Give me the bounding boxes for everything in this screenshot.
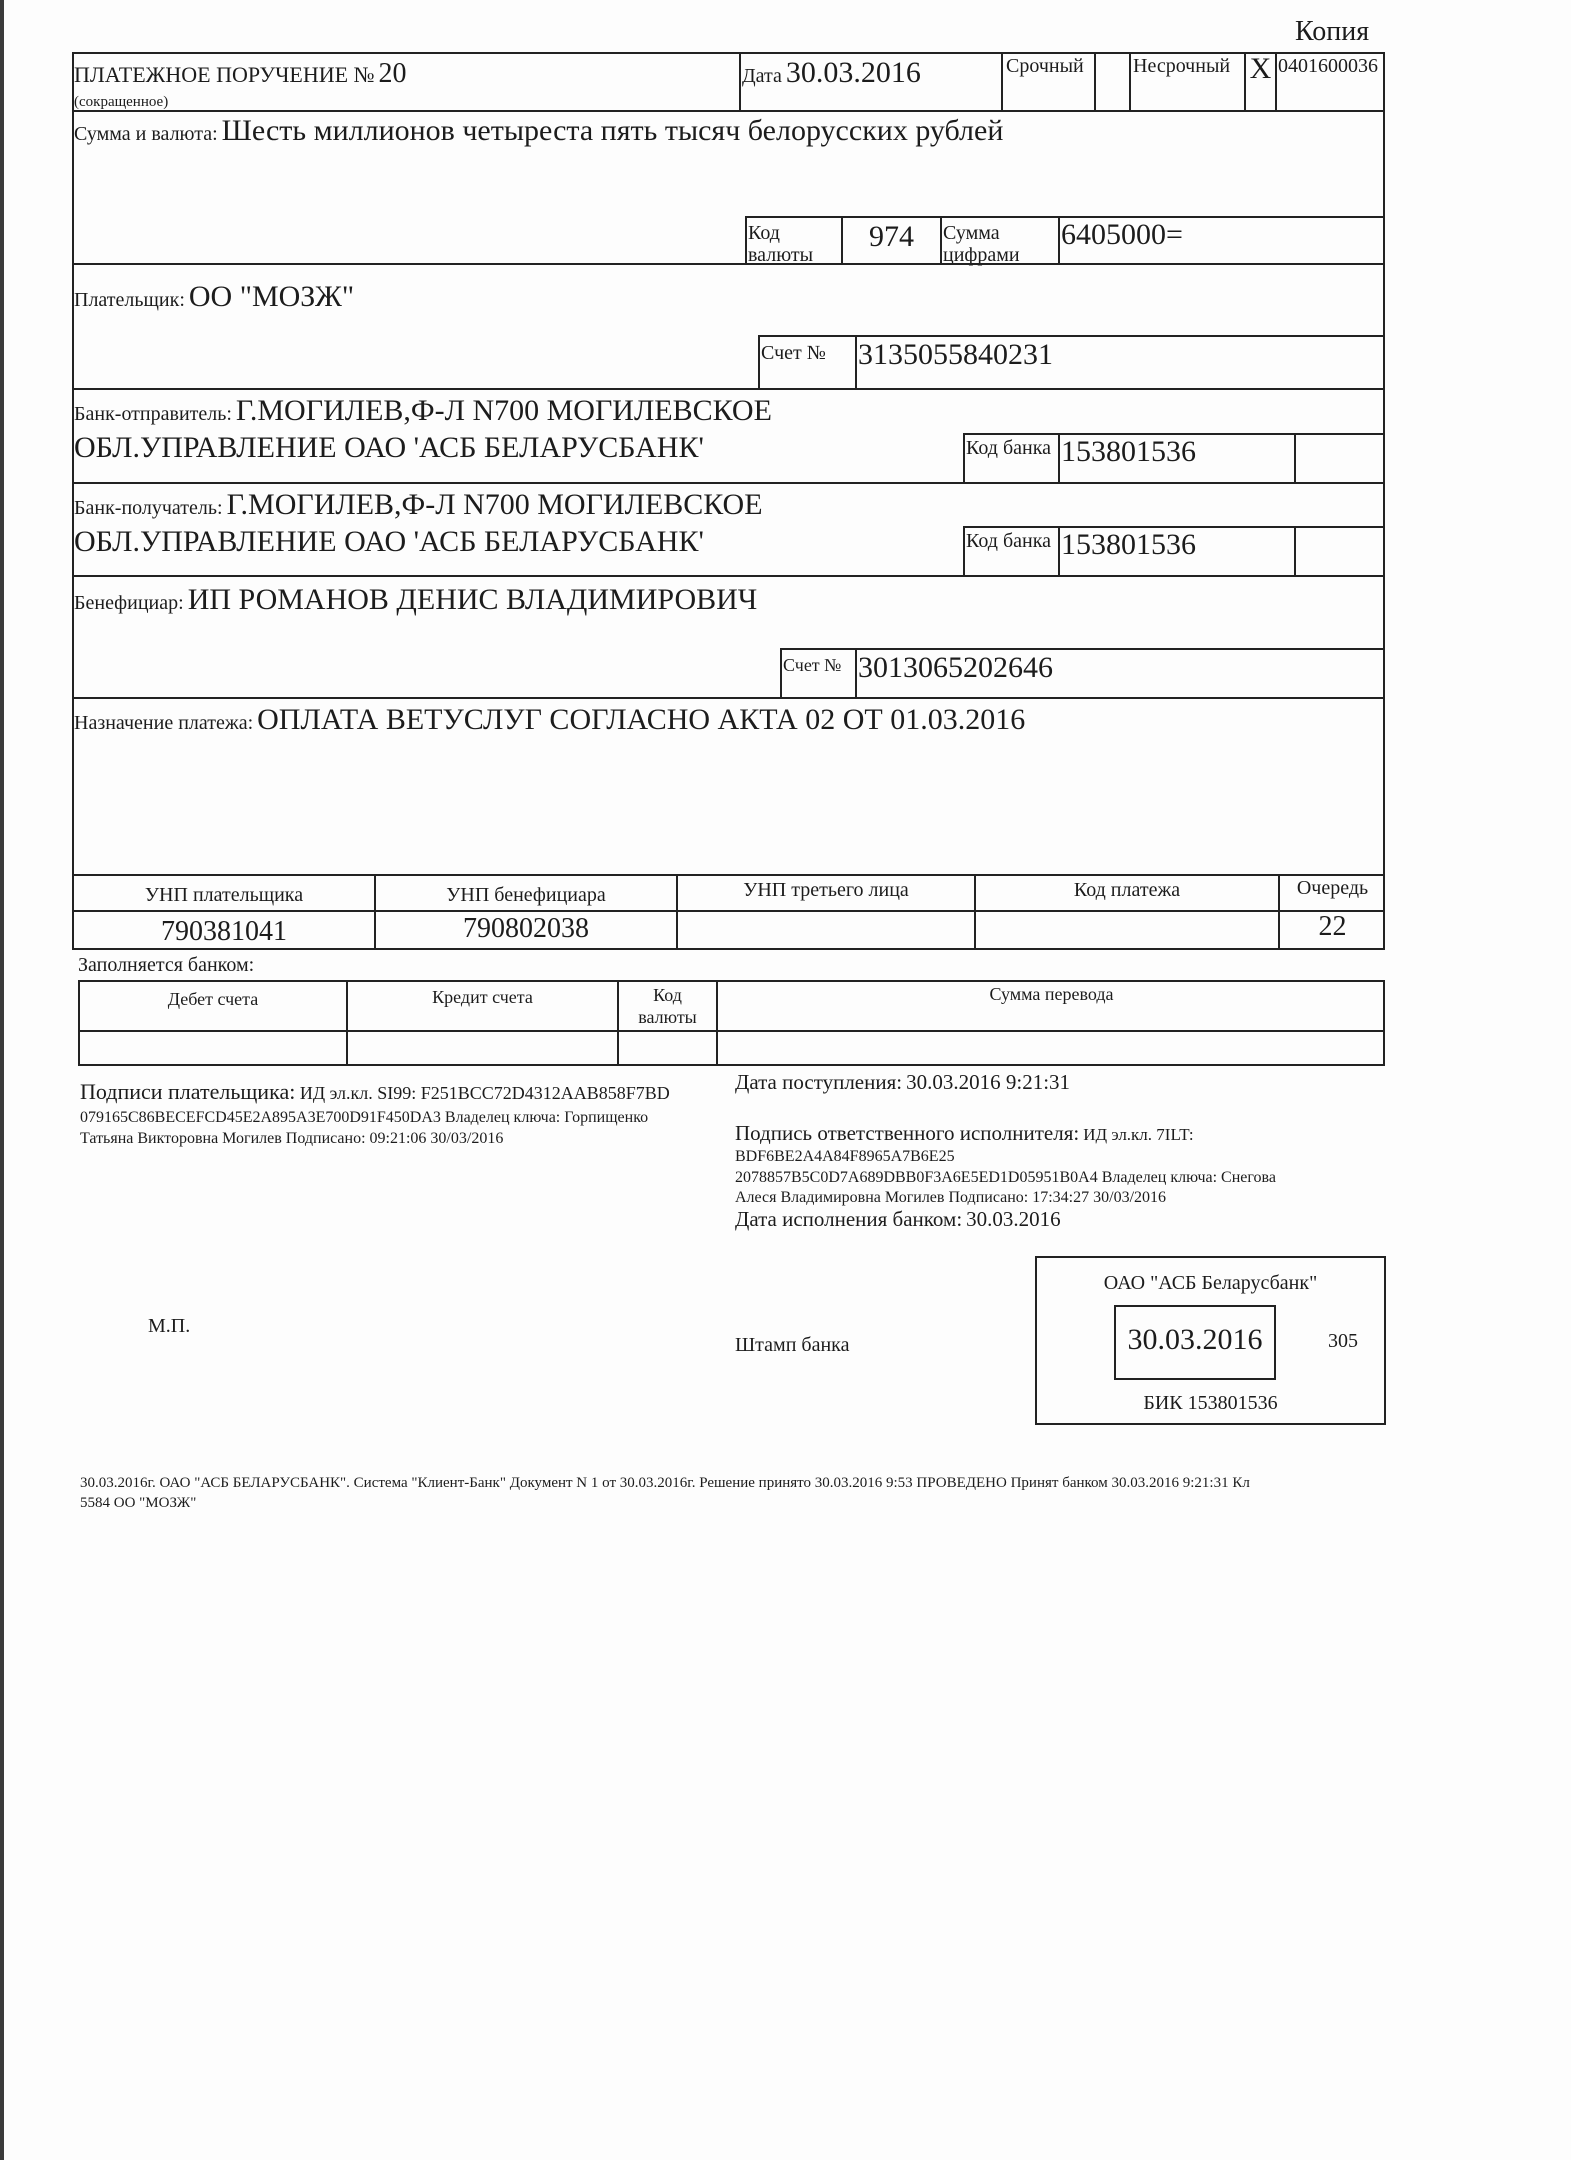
payer-signature-block: Подписи плательщика: ИД эл.кл. SI99: F25… [80,1077,720,1150]
executed-date-value: 30.03.2016 [966,1207,1061,1231]
payer-signature-line1: ИД эл.кл. SI99: F251BCC72D4312AAB858F7BD [300,1083,670,1103]
beneficiary-account-label: Счет № [783,656,841,674]
bank-header-credit: Кредит счета [348,988,617,1006]
executor-signature-line2: BDF6BE2A4A84F8965A7B6E25 [735,1147,1385,1168]
copy-label: Копия [1295,18,1369,46]
bank-header-transfer-amount: Сумма перевода [718,985,1385,1003]
payer-name: ОО "МОЗЖ" [189,280,354,313]
currency-code-label-line1: Код [748,222,813,244]
payer-field: Плательщик: ОО "МОЗЖ" [74,282,354,312]
payer-signature-line2: 079165C86BECEFCD45E2A895A3E700D91F450DA3… [80,1107,720,1129]
seal-place-label: М.П. [148,1316,190,1336]
ids-header-beneficiary-unp: УНП бенефициара [376,885,676,905]
bank-header-currency-code-line2: валюты [619,1007,716,1029]
stamp-number: 305 [1328,1331,1358,1351]
receiver-bank-field: Банк-получатель: Г.МОГИЛЕВ,Ф-Л N700 МОГИ… [74,490,763,520]
sender-bank-line2: ОБЛ.УПРАВЛЕНИЕ ОАО 'АСБ БЕЛАРУСБАНК' [74,433,704,463]
executor-signature-line3: 2078857B5C0D7A689DBB0F3A6E5ED1D05951B0A4… [735,1168,1385,1189]
urgent-label: Срочный [1006,56,1084,76]
received-date-field: Дата поступления: 30.03.2016 9:21:31 [735,1072,1070,1094]
payer-unp: 790381041 [74,918,374,946]
ids-header-queue: Очередь [1280,878,1385,898]
ids-header-payment-code: Код платежа [976,880,1278,900]
currency-code-label: Код валюты [748,222,813,266]
executor-signature-line1: ИД эл.кл. 7ILT: [1083,1125,1193,1144]
date-label: Дата [742,65,782,87]
currency-code: 974 [843,222,940,252]
bank-stamp-label: Штамп банка [735,1335,849,1355]
payer-account-label: Счет № [761,343,826,363]
sender-bank-field: Банк-отправитель: Г.МОГИЛЕВ,Ф-Л N700 МОГ… [74,396,772,426]
received-date-label: Дата поступления: [735,1070,902,1094]
bank-header-currency-code: Код валюты [619,985,716,1028]
system-footer: 30.03.2016г. ОАО "АСБ БЕЛАРУСБАНК". Сист… [80,1474,1520,1513]
date-value: 30.03.2016 [786,56,921,89]
amount-words-field: Сумма и валюта: Шесть миллионов четырест… [74,116,1003,146]
sender-bank-code-label: Код банка [966,438,1051,458]
beneficiary-field: Бенефициар: ИП РОМАНОВ ДЕНИС ВЛАДИМИРОВИ… [74,585,757,615]
sender-bank-label: Банк-отправитель: [74,403,232,425]
receiver-bank-code-label: Код банка [966,531,1051,551]
receiver-bank-code: 153801536 [1061,530,1196,560]
bank-section-label: Заполняется банком: [78,955,254,975]
amount-digits: 6405000= [1061,220,1183,250]
executor-signature-label: Подпись ответственного исполнителя: [735,1121,1079,1145]
executed-date-label: Дата исполнения банком: [735,1207,962,1231]
nonurgent-label: Несрочный [1133,56,1230,76]
beneficiary-account: 3013065202646 [858,653,1053,683]
beneficiary-unp: 790802038 [376,915,676,943]
scan-edge [0,0,4,2160]
receiver-bank-line1: Г.МОГИЛЕВ,Ф-Л N700 МОГИЛЕВСКОЕ [227,488,763,521]
sender-bank-code: 153801536 [1061,437,1196,467]
form-code: 0401600036 [1278,56,1378,76]
beneficiary-label: Бенефициар: [74,592,184,614]
document-number: 20 [379,58,407,89]
date-field: Дата 30.03.2016 [742,58,921,88]
bank-header-debit: Дебет счета [80,990,346,1008]
amount-label: Сумма и валюта: [74,123,218,145]
payer-signature-line3: Татьяна Викторовна Могилев Подписано: 09… [80,1128,720,1150]
system-footer-line2: 5584 ОО "МОЗЖ" [80,1494,1520,1514]
ids-header-third-party-unp: УНП третьего лица [678,880,974,900]
executor-signature-block: Подпись ответственного исполнителя: ИД э… [735,1123,1385,1233]
payer-label: Плательщик: [74,289,185,311]
stamp-bank-name: ОАО "АСБ Беларусбанк" [1035,1273,1386,1293]
ids-header-payer-unp: УНП плательщика [74,885,374,905]
purpose-label: Назначение платежа: [74,712,253,734]
sender-bank-line1: Г.МОГИЛЕВ,Ф-Л N700 МОГИЛЕВСКОЕ [236,394,772,427]
beneficiary-name: ИП РОМАНОВ ДЕНИС ВЛАДИМИРОВИЧ [188,583,758,616]
executor-signature-line4: Алеся Владимировна Могилев Подписано: 17… [735,1188,1385,1209]
bank-header-currency-code-line1: Код [619,985,716,1007]
amount-digits-label-line1: Сумма [943,222,1020,244]
purpose-field: Назначение платежа: ОПЛАТА ВЕТУСЛУГ СОГЛ… [74,705,1025,735]
receiver-bank-line2: ОБЛ.УПРАВЛЕНИЕ ОАО 'АСБ БЕЛАРУСБАНК' [74,527,704,557]
purpose-text: ОПЛАТА ВЕТУСЛУГ СОГЛАСНО АКТА 02 ОТ 01.0… [257,703,1025,736]
stamp-bik: БИК 153801536 [1035,1393,1386,1413]
receiver-bank-label: Банк-получатель: [74,497,223,519]
title-prefix: ПЛАТЕЖНОЕ ПОРУЧЕНИЕ № [74,62,375,87]
amount-digits-label: Сумма цифрами [943,222,1020,266]
document-title: ПЛАТЕЖНОЕ ПОРУЧЕНИЕ № 20 [74,60,407,88]
payment-queue: 22 [1280,913,1385,941]
received-date-value: 30.03.2016 9:21:31 [906,1070,1070,1094]
payer-signature-label: Подписи плательщика: [80,1079,295,1104]
document-subtitle: (сокращенное) [74,95,168,110]
nonurgent-checkbox[interactable]: X [1246,54,1275,84]
payer-account: 3135055840231 [858,340,1053,370]
stamp-date: 30.03.2016 [1114,1325,1276,1355]
amount-words: Шесть миллионов четыреста пять тысяч бел… [222,114,1004,147]
system-footer-line1: 30.03.2016г. ОАО "АСБ БЕЛАРУСБАНК". Сист… [80,1474,1520,1494]
